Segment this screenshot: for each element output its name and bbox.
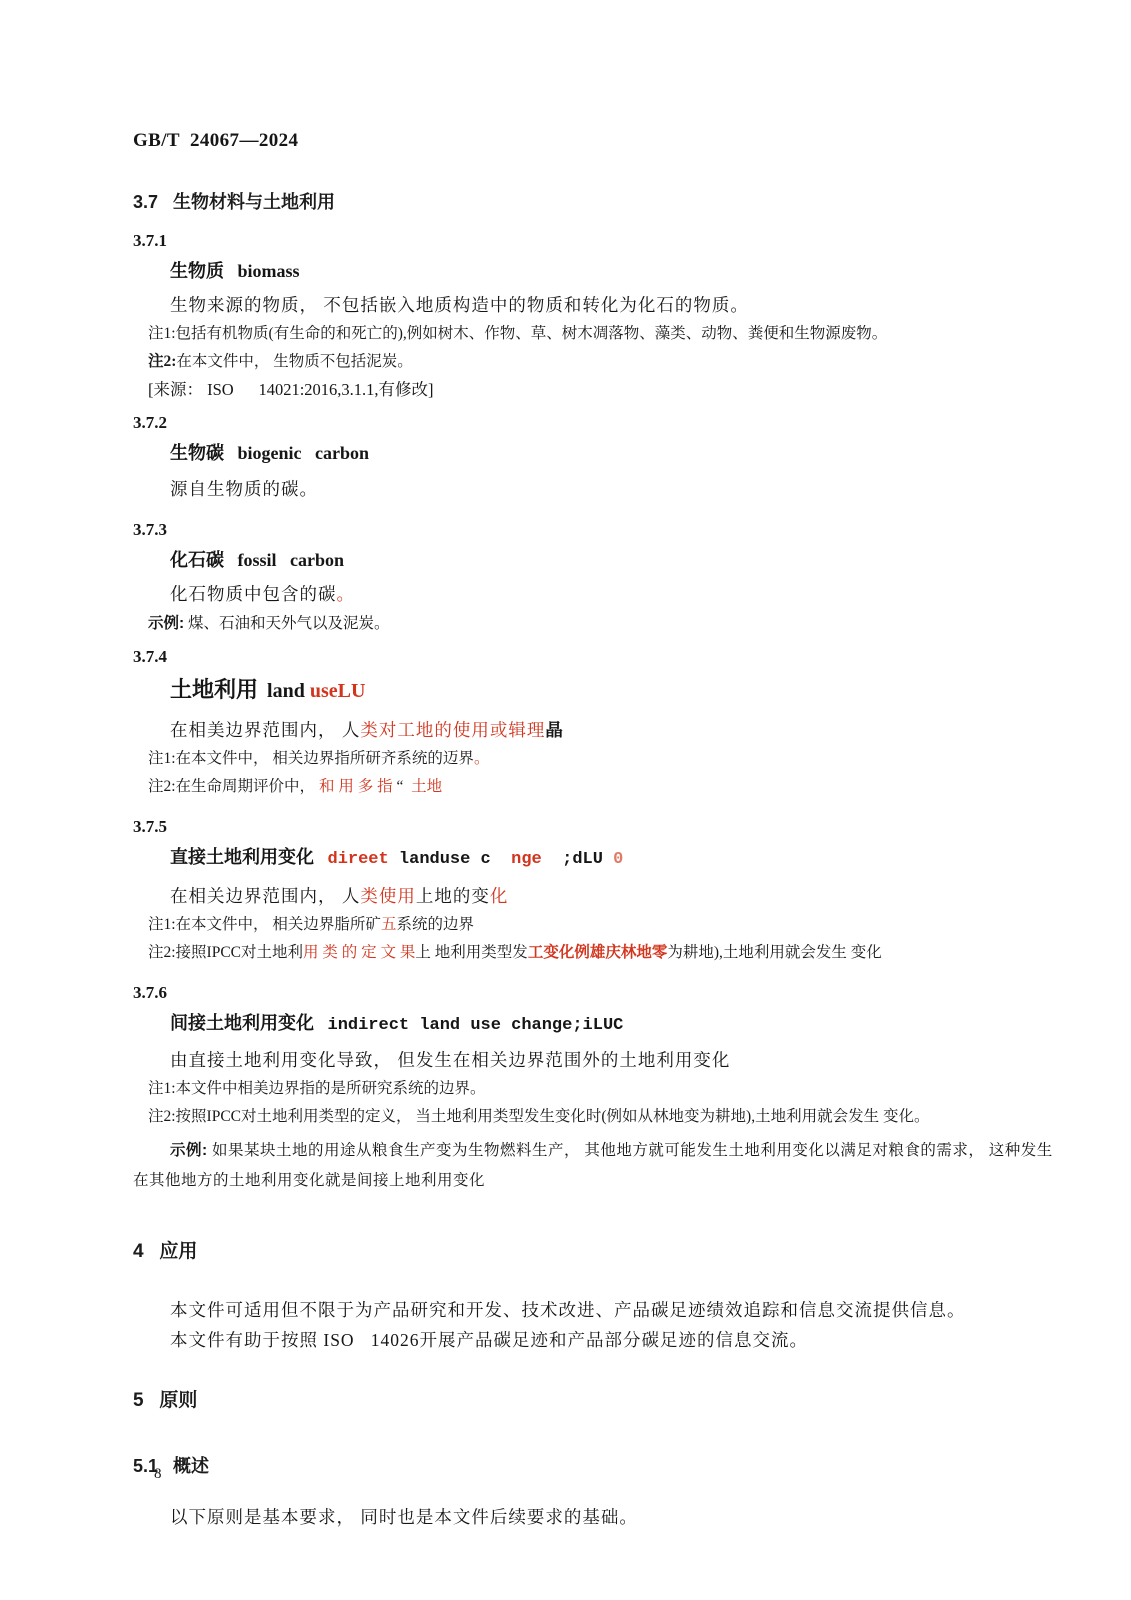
section-3-7-heading: 3.7 生物材料与土地利用 xyxy=(133,188,1065,214)
note-1-land-use: 注1:在本文件中， 相关边界指所研齐系统的迈界。 xyxy=(148,746,1065,772)
note-1-direct-land-use-change: 注1:在本文件中， 相关边界脂所矿五系统的边界 xyxy=(148,912,1065,938)
clause-3-7-1-number: 3.7.1 xyxy=(133,231,1065,251)
section-5-1-heading: 5.1 概述 xyxy=(133,1452,1065,1478)
clause-3-7-3-number: 3.7.3 xyxy=(133,520,1065,540)
page-number: 8 xyxy=(154,1466,162,1483)
note-2-biomass: 注2:在本文件中， 生物质不包括泥炭。 xyxy=(148,349,1065,375)
note-1-biomass: 注1:包括有机物质(有生命的和死亡的),例如树木、作物、草、树木凋落物、藻类、动… xyxy=(148,321,1065,347)
section-5-heading: 5 原则 xyxy=(133,1385,1065,1412)
example-indirect-land-use-change: 示例: 如果某块土地的用途从粮食生产变为生物燃料生产， 其他地方就可能发生土地利… xyxy=(133,1136,1065,1196)
source-reference: [来源： ISO 14021:2016,3.1.1,有修改] xyxy=(148,377,1065,403)
note-2-direct-land-use-change: 注2:接照IPCC对土地利用 类 的 定 文 果上 地利用类型发工变化例雄庆林地… xyxy=(148,940,1065,966)
definition-fossil-carbon: 化石物质中包含的碳。 xyxy=(133,581,1065,608)
definition-land-use: 在相美边界范围内， 人类对工地的使用或辑理晶 xyxy=(133,717,1065,744)
clause-3-7-4-number: 3.7.4 xyxy=(133,647,1065,667)
definition-biomass: 生物来源的物质， 不包括嵌入地质构造中的物质和转化为化石的物质。 xyxy=(133,292,1065,319)
note-1-indirect-land-use-change: 注1:本文件中相美边界指的是所研究系统的边界。 xyxy=(148,1076,1065,1102)
term-fossil-carbon: 化石碳 fossil carbon xyxy=(133,547,1065,573)
section-4-heading: 4 应用 xyxy=(133,1236,1065,1263)
definition-indirect-land-use-change: 由直接土地利用变化导致， 但发生在相关边界范围外的土地利用变化 xyxy=(133,1047,1065,1074)
section-4-paragraph-1: 本文件可适用但不限于为产品研究和开发、技术改进、产品碳足迹绩效追踪和信息交流提供… xyxy=(133,1295,1065,1325)
definition-direct-land-use-change: 在相关边界范围内， 人类使用上地的变化 xyxy=(133,883,1065,910)
clause-3-7-2-number: 3.7.2 xyxy=(133,413,1065,433)
term-land-use: 土地利用 land useLU xyxy=(133,674,1065,707)
term-direct-land-use-change: 直接土地利用变化 direet landuse c nge ;dLU 0 xyxy=(133,844,1065,873)
section-5-1-paragraph: 以下原则是基本要求， 同时也是本文件后续要求的基础。 xyxy=(133,1502,1065,1532)
definition-biogenic-carbon: 源自生物质的碳。 xyxy=(133,476,1065,503)
term-indirect-land-use-change: 间接土地利用变化 indirect land use change;iLUC xyxy=(133,1010,1065,1039)
clause-3-7-6-number: 3.7.6 xyxy=(133,983,1065,1003)
section-4-paragraph-2: 本文件有助于按照 ISO 14026开展产品碳足迹和产品部分碳足迹的信息交流。 xyxy=(133,1325,1065,1355)
doc-code: GB/T 24067—2024 xyxy=(133,130,1065,152)
clause-3-7-5-number: 3.7.5 xyxy=(133,817,1065,837)
example-fossil-carbon: 示例: 煤、石油和天外气以及泥炭。 xyxy=(148,611,1065,637)
note-2-indirect-land-use-change: 注2:按照IPCC对土地利用类型的定义， 当土地利用类型发生变化时(例如从林地变… xyxy=(148,1104,1065,1130)
document-page: GB/T 24067—2024 3.7 生物材料与土地利用 3.7.1 生物质 … xyxy=(0,0,1131,1600)
term-biomass: 生物质 biomass xyxy=(133,258,1065,284)
term-biogenic-carbon: 生物碳 biogenic carbon xyxy=(133,440,1065,466)
note-2-land-use: 注2:在生命周期评价中， 和 用 多 指 “ 土地 xyxy=(148,774,1065,800)
